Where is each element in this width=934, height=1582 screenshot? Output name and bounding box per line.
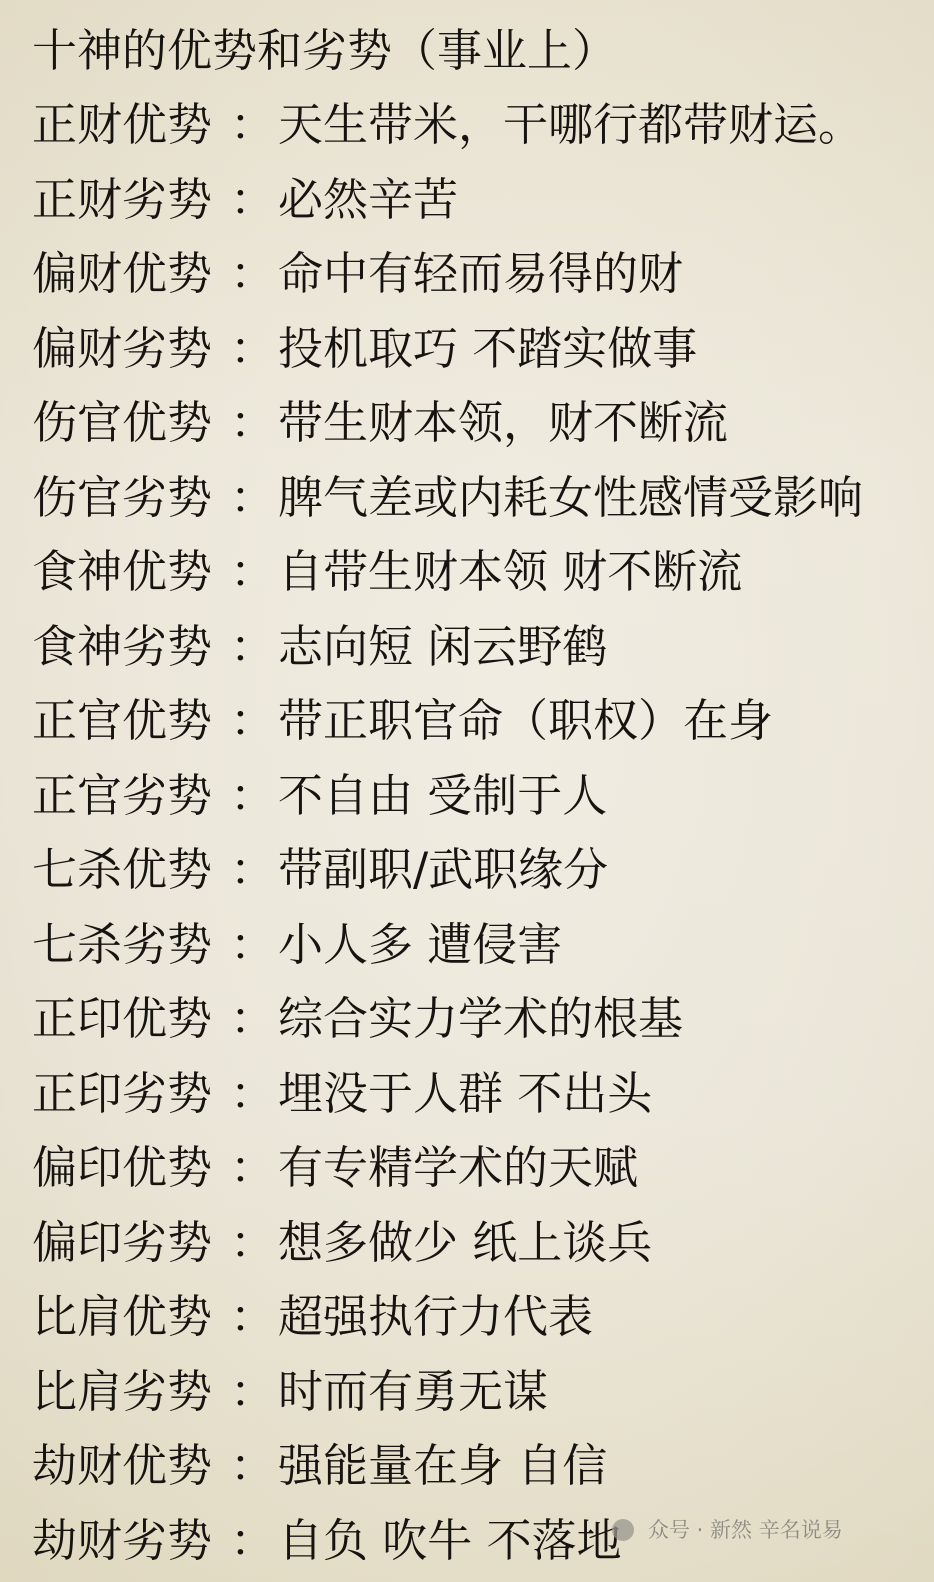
list-item: 正财劣势：必然辛苦 xyxy=(32,163,932,238)
item-value: 埋没于人群 不出头 xyxy=(278,1057,652,1132)
item-separator: ： xyxy=(230,1429,278,1504)
item-separator: ： xyxy=(230,982,278,1057)
item-label: 比肩劣势 xyxy=(32,1355,230,1430)
item-separator: ： xyxy=(230,237,278,312)
list-item: 正官优势：带正职官命（职权）在身 xyxy=(32,684,932,759)
item-label: 正财优势 xyxy=(32,88,230,163)
item-value: 小人多 遭侵害 xyxy=(278,908,562,983)
item-label: 偏印优势 xyxy=(32,1131,230,1206)
list-item: 偏财优势：命中有轻而易得的财 xyxy=(32,237,932,312)
item-separator: ： xyxy=(230,684,278,759)
list-item: 伤官优势：带生财本领，财不断流 xyxy=(32,386,932,461)
item-value: 自负 吹牛 不落地 xyxy=(278,1504,622,1579)
page-title: 十神的优势和劣势（事业上） xyxy=(32,14,932,88)
item-value: 有专精学术的天赋 xyxy=(278,1131,638,1206)
item-separator: ： xyxy=(230,461,278,536)
list-item: 正财优势：天生带米，干哪行都带财运。 xyxy=(32,88,932,163)
item-separator: ： xyxy=(230,759,278,834)
wechat-official-account-icon xyxy=(612,1519,634,1541)
item-label: 正印劣势 xyxy=(32,1057,230,1132)
item-label: 正官优势 xyxy=(32,684,230,759)
item-label: 劫财优势 xyxy=(32,1429,230,1504)
item-separator: ： xyxy=(230,1280,278,1355)
list-item: 七杀优势：带副职/武职缘分 xyxy=(32,833,932,908)
item-label: 食神优势 xyxy=(32,535,230,610)
item-label: 正官劣势 xyxy=(32,759,230,834)
item-separator: ： xyxy=(230,908,278,983)
item-separator: ： xyxy=(230,386,278,461)
item-separator: ： xyxy=(230,610,278,685)
item-value: 超强执行力代表 xyxy=(278,1280,593,1355)
watermark-text: 众号 · 新然 辛名说易 xyxy=(648,1512,843,1548)
item-value: 自带生财本领 财不断流 xyxy=(278,535,742,610)
list-item: 食神优势：自带生财本领 财不断流 xyxy=(32,535,932,610)
item-value: 带生财本领，财不断流 xyxy=(278,386,728,461)
item-label: 正印优势 xyxy=(32,982,230,1057)
item-separator: ： xyxy=(230,535,278,610)
item-separator: ： xyxy=(230,833,278,908)
list-item: 七杀劣势：小人多 遭侵害 xyxy=(32,908,932,983)
document-body: 十神的优势和劣势（事业上） 正财优势：天生带米，干哪行都带财运。 正财劣势：必然… xyxy=(32,14,932,1578)
item-separator: ： xyxy=(230,1206,278,1281)
item-value: 必然辛苦 xyxy=(278,163,458,238)
item-value: 不自由 受制于人 xyxy=(278,759,607,834)
item-separator: ： xyxy=(230,1057,278,1132)
item-value: 脾气差或内耗女性感情受影响 xyxy=(278,461,863,536)
item-value: 天生带米，干哪行都带财运。 xyxy=(278,88,863,163)
item-value: 带副职/武职缘分 xyxy=(278,833,608,908)
list-item: 比肩优势：超强执行力代表 xyxy=(32,1280,932,1355)
item-separator: ： xyxy=(230,88,278,163)
item-label: 伤官优势 xyxy=(32,386,230,461)
list-item: 偏印优势：有专精学术的天赋 xyxy=(32,1131,932,1206)
item-label: 比肩优势 xyxy=(32,1280,230,1355)
item-label: 偏印劣势 xyxy=(32,1206,230,1281)
item-value: 强能量在身 自信 xyxy=(278,1429,607,1504)
item-separator: ： xyxy=(230,163,278,238)
item-label: 劫财劣势 xyxy=(32,1504,230,1579)
item-label: 食神劣势 xyxy=(32,610,230,685)
item-label: 七杀优势 xyxy=(32,833,230,908)
item-label: 偏财劣势 xyxy=(32,312,230,387)
item-label: 伤官劣势 xyxy=(32,461,230,536)
list-item: 比肩劣势：时而有勇无谋 xyxy=(32,1355,932,1430)
item-value: 命中有轻而易得的财 xyxy=(278,237,683,312)
item-label: 偏财优势 xyxy=(32,237,230,312)
watermark: 众号 · 新然 辛名说易 xyxy=(612,1512,843,1548)
list-item: 偏印劣势：想多做少 纸上谈兵 xyxy=(32,1206,932,1281)
item-value: 投机取巧 不踏实做事 xyxy=(278,312,697,387)
item-label: 七杀劣势 xyxy=(32,908,230,983)
list-item: 食神劣势：志向短 闲云野鹤 xyxy=(32,610,932,685)
list-item: 劫财优势：强能量在身 自信 xyxy=(32,1429,932,1504)
item-separator: ： xyxy=(230,1504,278,1579)
item-separator: ： xyxy=(230,312,278,387)
list-item: 伤官劣势：脾气差或内耗女性感情受影响 xyxy=(32,461,932,536)
item-separator: ： xyxy=(230,1355,278,1430)
item-value: 时而有勇无谋 xyxy=(278,1355,548,1430)
item-value: 综合实力学术的根基 xyxy=(278,982,683,1057)
item-label: 正财劣势 xyxy=(32,163,230,238)
item-separator: ： xyxy=(230,1131,278,1206)
list-item: 正官劣势：不自由 受制于人 xyxy=(32,759,932,834)
list-item: 正印劣势：埋没于人群 不出头 xyxy=(32,1057,932,1132)
item-value: 志向短 闲云野鹤 xyxy=(278,610,607,685)
list-item: 正印优势：综合实力学术的根基 xyxy=(32,982,932,1057)
item-value: 想多做少 纸上谈兵 xyxy=(278,1206,652,1281)
item-value: 带正职官命（职权）在身 xyxy=(278,684,773,759)
list-item: 偏财劣势：投机取巧 不踏实做事 xyxy=(32,312,932,387)
